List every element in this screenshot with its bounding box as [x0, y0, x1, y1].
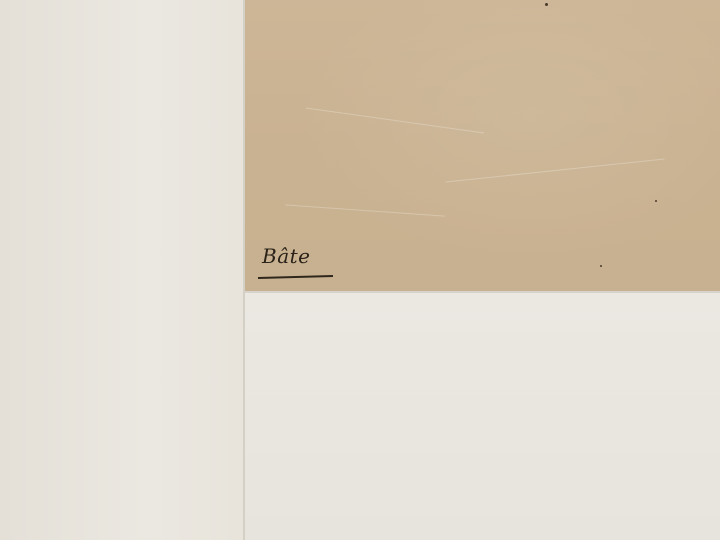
ink-speck	[600, 265, 602, 267]
ink-speck	[545, 3, 548, 6]
artist-signature: Bâte	[262, 244, 311, 268]
left-matboard	[0, 0, 243, 540]
paper-crease	[446, 159, 665, 183]
ink-speck	[655, 200, 657, 202]
aged-paper-artwork	[245, 0, 720, 291]
paper-crease	[285, 204, 445, 216]
bottom-matboard	[245, 293, 720, 540]
paper-crease	[306, 107, 484, 133]
